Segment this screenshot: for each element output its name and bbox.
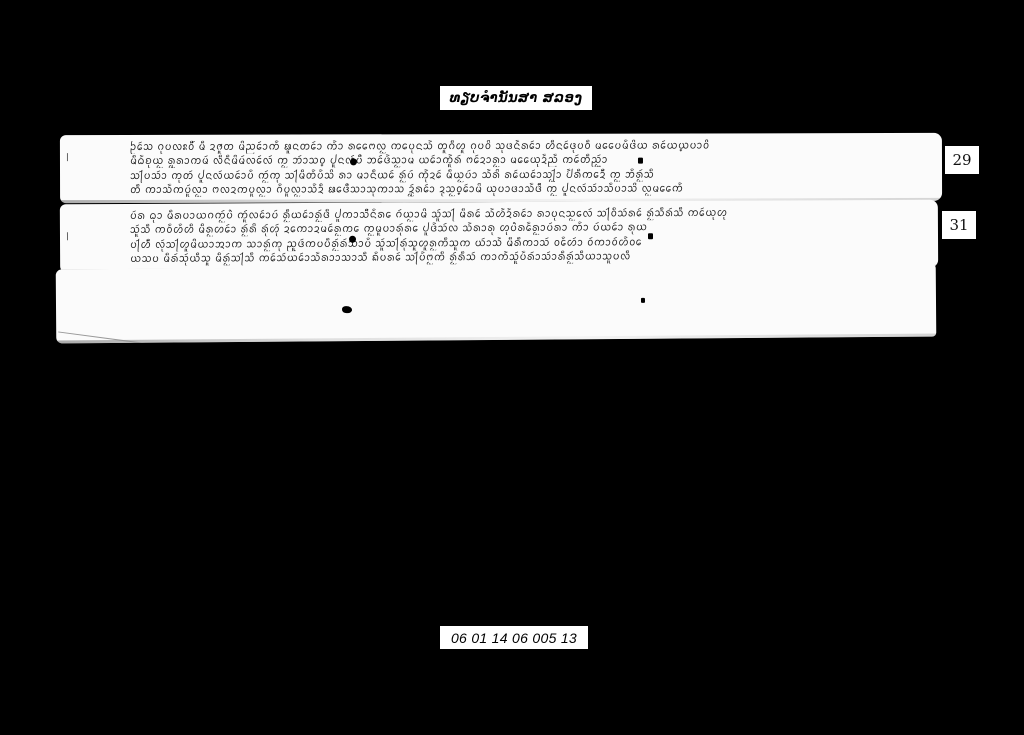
binding-hole-right <box>648 233 653 239</box>
page-number-text: 29 <box>952 151 971 169</box>
binding-hole-right <box>641 298 645 303</box>
binding-hole-left <box>342 306 352 313</box>
leaf-1-line-3: ᩈᩕᩢᨷᩈᩢᩣ ᨠᩩᨲᩢ ᨸᩪᨶᩃᩢᨿᩮᩢᩣᨷᩢᩢ ᨠᩬᩢᨠᩩ ᩈᩕᩢᨾᩥᨲᩢᩢ… <box>130 168 931 183</box>
page-number-text: 31 <box>949 216 968 234</box>
leaf-1-line-2: ᨾᩥᨵᩢᩢᨧᩩᨿᩬ ᩁᩩᩬᩁᩣᨠᨾᩢ ᩃᩥᨶᩥᨾᩦᨾᩢᩃᩮᩢᩃᩢ ᨠᩬ ᨽᩢᩣᩈ… <box>130 153 931 168</box>
edge-scratch <box>58 331 147 343</box>
title-label: ທຽບຈຳນັນສາ ສລອງ <box>440 86 592 110</box>
leaf-1-line-4: ᨲᩥ ᨠᩣᩈᩢᩢᨠᨷᩪᩢᩃᩬᩣ ᨻᩃᨯᨠᨷᩪᩃᩬᩣ ᨣᩢᩢᨷᩪᩃᩬᩣᩈᩢᩢᨯᩥ … <box>130 182 931 197</box>
manuscript-leaf-2: ᨷᩢᩁ ᨵᩩᩣ ᨾᩥᩁᨷᩣᨿᨣᨠᩢᩬᨷᩫ ᨠᩪᩢᩃᩮᩢᩣᨷᩢ ᩁᩬᩥᨿᩮᩢᩣᩁᩬ… <box>60 200 938 273</box>
page-number-label: 29 <box>945 146 979 174</box>
binding-hole-left <box>349 236 356 243</box>
leaf-1-text-block: ᩐᩮᩢᩈ ᨣᩩᨷᩃᩡᩅᩥ᩶ ᨾᩥ ᨯᩆᩪᨲ ᨾᩦᨬᩮᩢᩣᨠᩢᩢ ᨹᩪᨶᨲᩮᩢᩣ … <box>130 139 930 197</box>
catalog-number-text: 06 01 14 06 005 13 <box>451 630 577 646</box>
edge-mark <box>67 232 68 240</box>
manuscript-leaf-3-blank <box>56 263 937 344</box>
title-text: ທຽບຈຳນັນສາ ສລອງ <box>450 91 583 106</box>
page-number-label: 31 <box>942 211 976 239</box>
leaf-1-line-1: ᩐᩮᩢᩈ ᨣᩩᨷᩃᩡᩅᩥ᩶ ᨾᩥ ᨯᩆᩪᨲ ᨾᩦᨬᩮᩢᩣᨠᩢᩢ ᨹᩪᨶᨲᩮᩢᩣ … <box>130 139 931 154</box>
binding-hole-left <box>350 158 357 165</box>
leaf-2-text-block: ᨷᩢᩁ ᨵᩩᩣ ᨾᩥᩁᨷᩣᨿᨣᨠᩢᩬᨷᩫ ᨠᩪᩢᩃᩮᩢᩣᨷᩢ ᩁᩬᩥᨿᩮᩢᩣᩁᩬ… <box>130 206 926 266</box>
edge-mark <box>67 153 68 161</box>
manuscript-leaf-1: ᩐᩮᩢᩈ ᨣᩩᨷᩃᩡᩅᩥ᩶ ᨾᩥ ᨯᩆᩪᨲ ᨾᩦᨬᩮᩢᩣᨠᩢᩢ ᨹᩪᨶᨲᩮᩢᩣ … <box>60 133 942 203</box>
catalog-number-label: 06 01 14 06 005 13 <box>440 626 588 649</box>
binding-hole-right <box>638 158 643 164</box>
